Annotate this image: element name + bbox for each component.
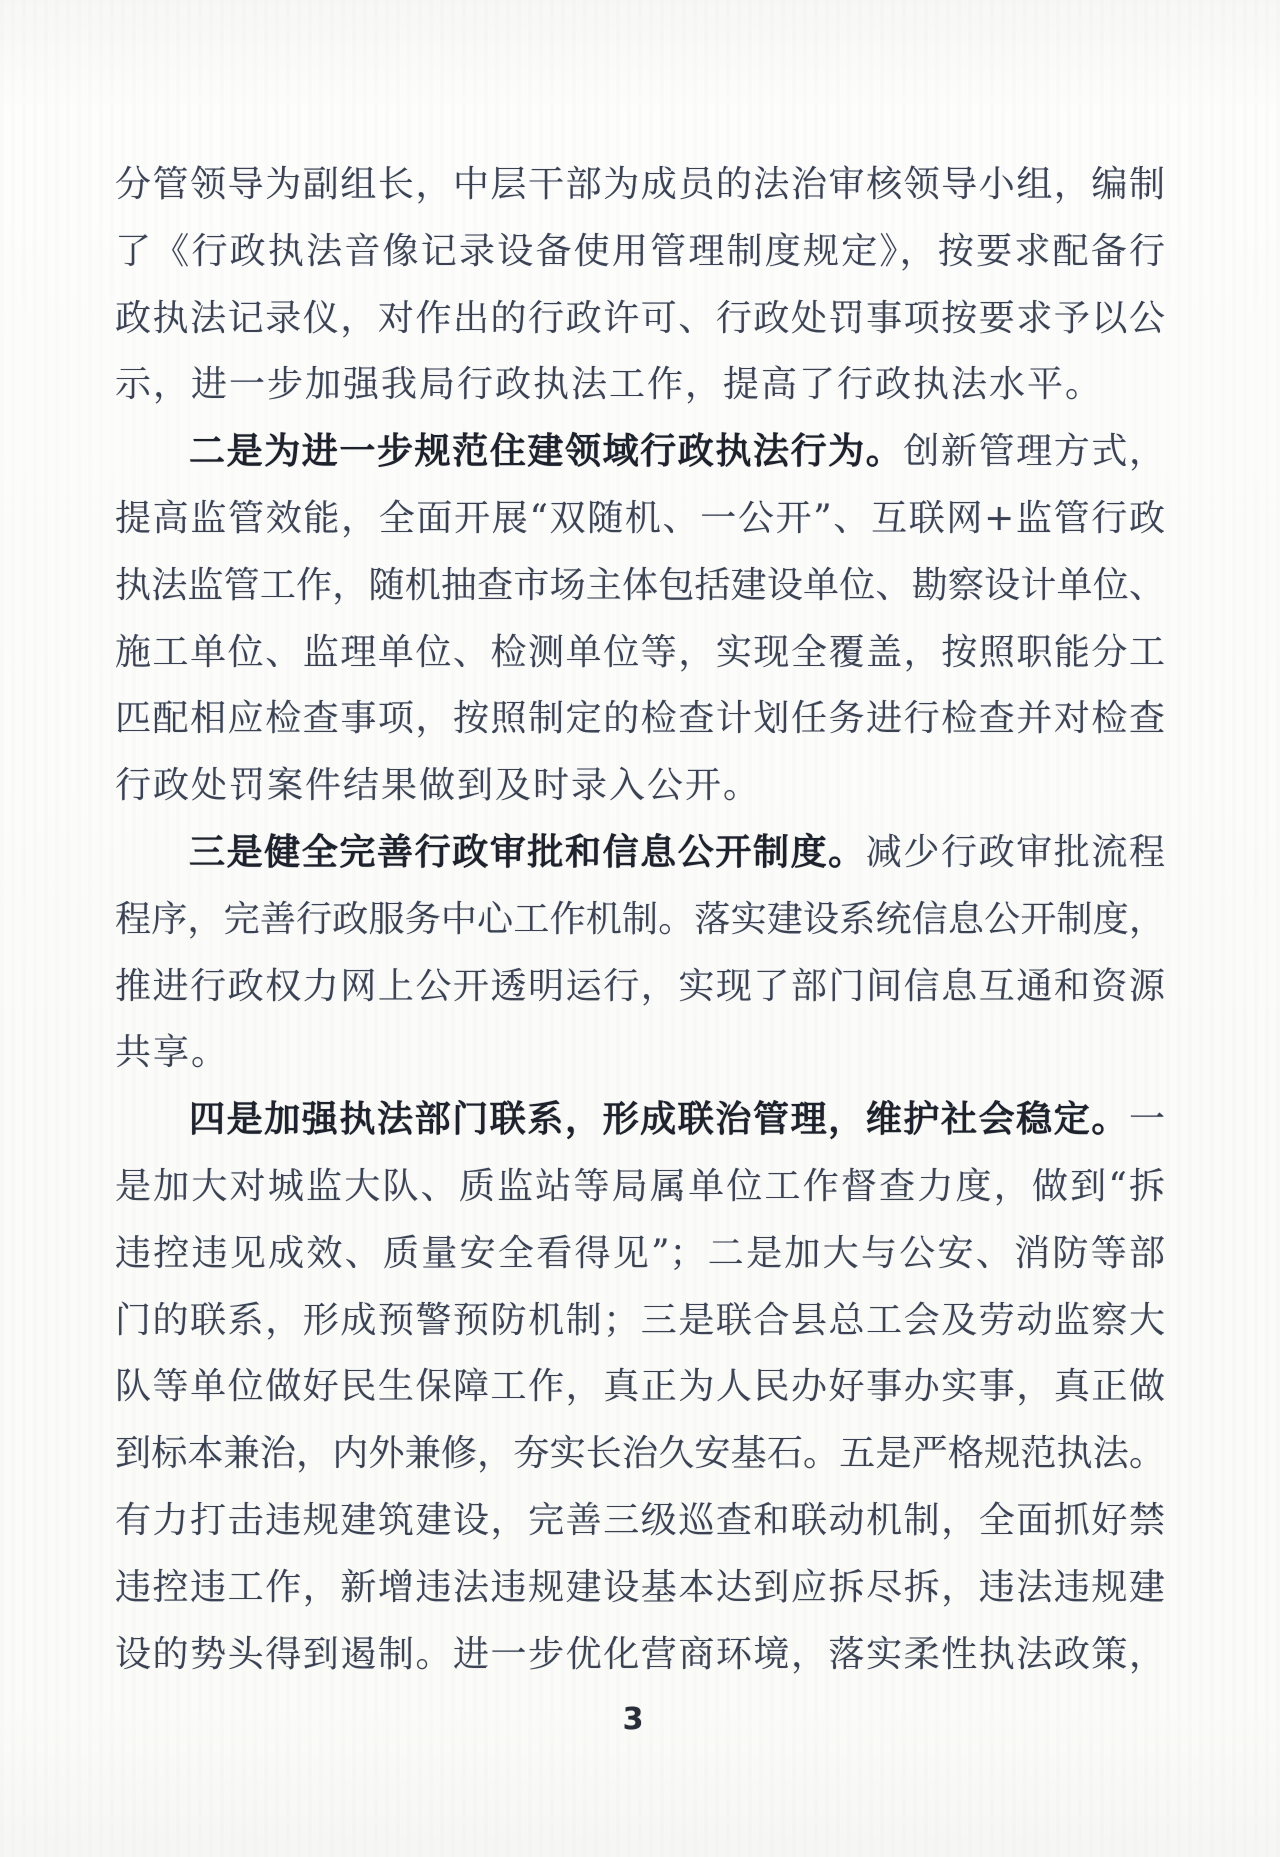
body-text: 执法监管工作，随机抽查市场主体包括建设单位、勘察设计单位、 <box>115 565 1165 606</box>
body-text: 违控违见成效、质量安全看得见”；二是加大与公安、消防等部 <box>115 1233 1165 1274</box>
body-text: 队等单位做好民生保障工作，真正为人民办好事办实事，真正做 <box>115 1366 1165 1407</box>
section-heading-text: 三是健全完善行政审批和信息公开制度。 <box>189 832 866 873</box>
text-line: 程序，完善行政服务中心工作机制。落实建设系统信息公开制度， <box>115 887 1165 954</box>
body-text: 门的联系，形成预警预防机制；三是联合县总工会及劳动监察大 <box>115 1300 1165 1341</box>
text-line: 匹配相应检查事项，按照制定的检查计划任务进行检查并对检查 <box>115 686 1165 753</box>
body-text: 行政处罚案件结果做到及时录入公开。 <box>115 765 761 806</box>
text-line: 分管领导为副组长，中层干部为成员的法治审核领导小组，编制 <box>115 152 1165 219</box>
text-line: 二是为进一步规范住建领域行政执法行为。创新管理方式， <box>115 419 1165 486</box>
section-heading-text: 四是加强执法部门联系，形成联治管理，维护社会稳定。 <box>189 1099 1129 1140</box>
text-line: 示，进一步加强我局行政执法工作，提高了行政执法水平。 <box>115 352 1165 419</box>
text-line: 门的联系，形成预警预防机制；三是联合县总工会及劳动监察大 <box>115 1288 1165 1355</box>
body-text: 是加大对城监大队、质监站等局属单位工作督查力度，做到“拆 <box>115 1166 1165 1207</box>
body-text: 程序，完善行政服务中心工作机制。落实建设系统信息公开制度， <box>115 899 1165 940</box>
body-text: 一 <box>1129 1099 1165 1140</box>
body-text: 有力打击违规建筑建设，完善三级巡查和联动机制，全面抓好禁 <box>115 1500 1165 1541</box>
body-text: 到标本兼治，内外兼修，夯实长治久安基石。五是严格规范执法。 <box>115 1433 1165 1474</box>
text-line: 政执法记录仪，对作出的行政许可、行政处罚事项按要求予以公 <box>115 286 1165 353</box>
document-body: 分管领导为副组长，中层干部为成员的法治审核领导小组，编制了《行政执法音像记录设备… <box>115 152 1165 1688</box>
body-text: 政执法记录仪，对作出的行政许可、行政处罚事项按要求予以公 <box>115 298 1165 339</box>
body-text: 创新管理方式， <box>903 431 1165 472</box>
body-text: 减少行政审批流程 <box>866 832 1165 873</box>
text-line: 了《行政执法音像记录设备使用管理制度规定》，按要求配备行 <box>115 219 1165 286</box>
body-text: 示，进一步加强我局行政执法工作，提高了行政执法水平。 <box>115 364 1103 405</box>
text-line: 违控违工作，新增违法违规建设基本达到应拆尽拆，违法违规建 <box>115 1555 1165 1622</box>
text-line: 提高监管效能，全面开展“双随机、一公开”、互联网+监管行政 <box>115 486 1165 553</box>
scanned-document-page: 分管领导为副组长，中层干部为成员的法治审核领导小组，编制了《行政执法音像记录设备… <box>0 0 1280 1857</box>
body-text: 推进行政权力网上公开透明运行，实现了部门间信息互通和资源 <box>115 966 1165 1007</box>
text-line: 共享。 <box>115 1020 1165 1087</box>
body-text: 共享。 <box>115 1032 229 1073</box>
text-line: 执法监管工作，随机抽查市场主体包括建设单位、勘察设计单位、 <box>115 553 1165 620</box>
body-text: 设的势头得到遏制。进一步优化营商环境，落实柔性执法政策， <box>115 1634 1165 1675</box>
text-line: 设的势头得到遏制。进一步优化营商环境，落实柔性执法政策， <box>115 1622 1165 1689</box>
text-line: 行政处罚案件结果做到及时录入公开。 <box>115 753 1165 820</box>
body-text: 了《行政执法音像记录设备使用管理制度规定》，按要求配备行 <box>115 231 1165 272</box>
text-line: 推进行政权力网上公开透明运行，实现了部门间信息互通和资源 <box>115 954 1165 1021</box>
body-text: 匹配相应检查事项，按照制定的检查计划任务进行检查并对检查 <box>115 698 1165 739</box>
text-line: 是加大对城监大队、质监站等局属单位工作督查力度，做到“拆 <box>115 1154 1165 1221</box>
text-line: 四是加强执法部门联系，形成联治管理，维护社会稳定。一 <box>115 1087 1165 1154</box>
body-text: 提高监管效能，全面开展“双随机、一公开”、互联网+监管行政 <box>115 498 1165 539</box>
text-line: 队等单位做好民生保障工作，真正为人民办好事办实事，真正做 <box>115 1354 1165 1421</box>
section-heading-text: 二是为进一步规范住建领域行政执法行为。 <box>189 431 903 472</box>
text-line: 有力打击违规建筑建设，完善三级巡查和联动机制，全面抓好禁 <box>115 1488 1165 1555</box>
body-text: 违控违工作，新增违法违规建设基本达到应拆尽拆，违法违规建 <box>115 1567 1165 1608</box>
page-number: 3 <box>0 1702 1266 1737</box>
body-text: 施工单位、监理单位、检测单位等，实现全覆盖，按照职能分工 <box>115 632 1165 673</box>
text-line: 施工单位、监理单位、检测单位等，实现全覆盖，按照职能分工 <box>115 620 1165 687</box>
text-line: 违控违见成效、质量安全看得见”；二是加大与公安、消防等部 <box>115 1221 1165 1288</box>
body-text: 分管领导为副组长，中层干部为成员的法治审核领导小组，编制 <box>115 164 1165 205</box>
text-line: 到标本兼治，内外兼修，夯实长治久安基石。五是严格规范执法。 <box>115 1421 1165 1488</box>
text-line: 三是健全完善行政审批和信息公开制度。减少行政审批流程 <box>115 820 1165 887</box>
